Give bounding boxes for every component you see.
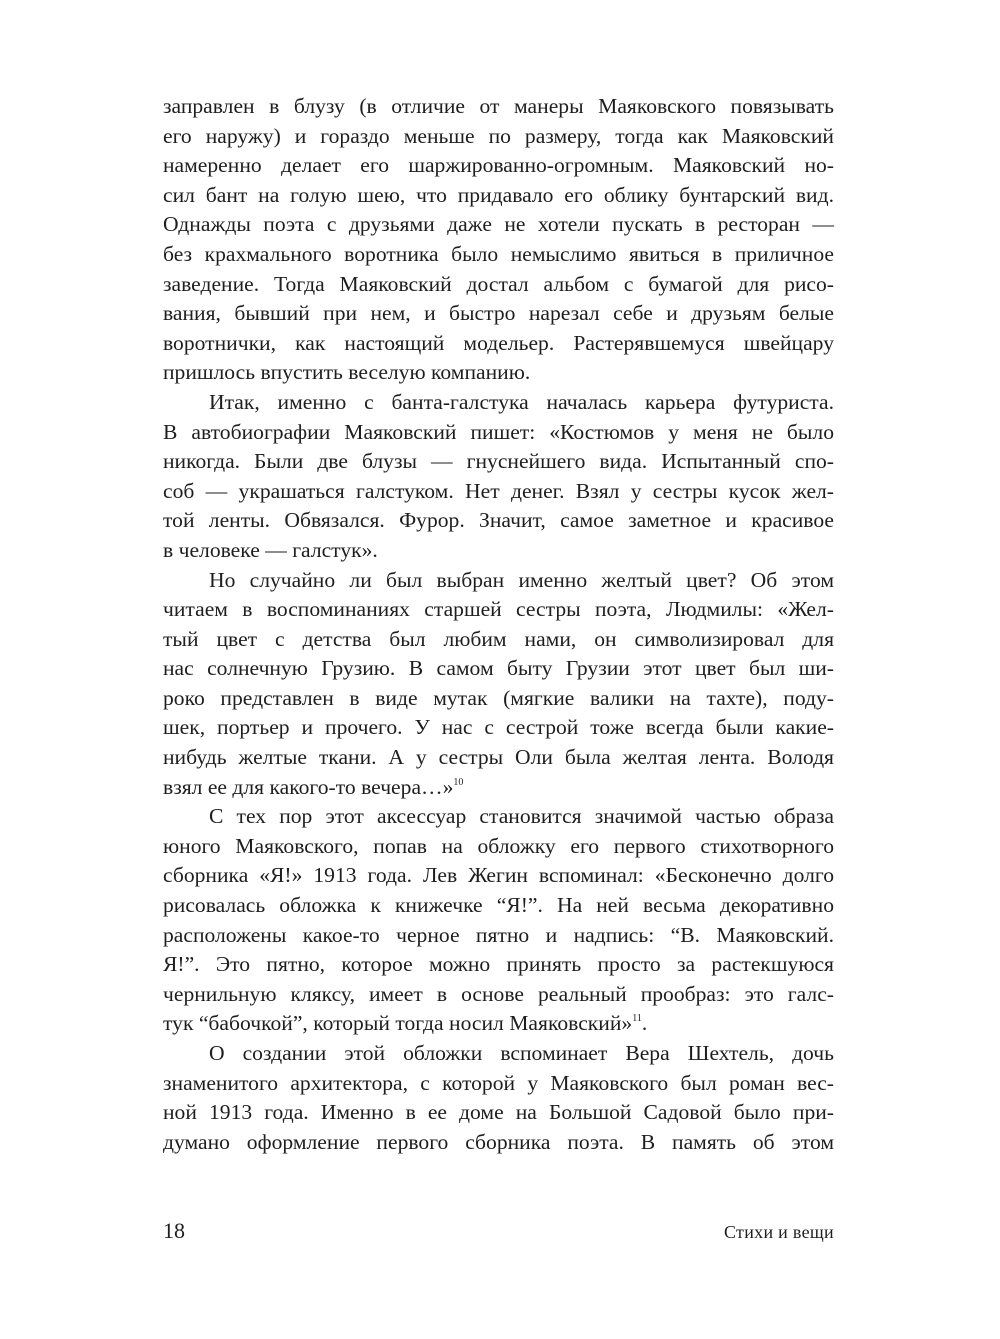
text-line: Но случайно ли был выбран именно желтый … <box>163 566 834 596</box>
text-line: той ленты. Обвязался. Фурор. Значит, сам… <box>163 506 834 536</box>
text-line: без крахмального воротника было немыслим… <box>163 240 834 270</box>
text-line: Однажды поэта с друзьями даже не хотели … <box>163 210 834 240</box>
paragraph-1: заправлен в блузу (в отличие от манеры М… <box>163 92 834 388</box>
text-line: заведение. Тогда Маяковский достал альбо… <box>163 270 834 300</box>
text-line: его наружу) и гораздо меньше по размеру,… <box>163 122 834 152</box>
text-line: нибудь желтые ткани. А у сестры Оли была… <box>163 743 834 773</box>
text-line: тук “бабочкой”, который тогда носил Маяк… <box>163 1009 834 1039</box>
trailing-punctuation: . <box>642 1011 647 1035</box>
paragraph-5: О создании этой обложки вспоминает Вера … <box>163 1039 834 1157</box>
paragraph-2: Итак, именно с банта-галстука началась к… <box>163 388 834 566</box>
text-line: в человеке — галстук». <box>163 536 834 566</box>
paragraph-3: Но случайно ли был выбран именно желтый … <box>163 566 834 803</box>
text-line: вания, бывший при нем, и быстро нарезал … <box>163 299 834 329</box>
text-line: Итак, именно с банта-галстука началась к… <box>163 388 834 418</box>
text-line: роко представлен в виде мутак (мягкие ва… <box>163 684 834 714</box>
text-line: пришлось впустить веселую компанию. <box>163 358 834 388</box>
text-line: взял ее для какого-то вечера…»10 <box>163 773 834 803</box>
page-number: 18 <box>163 1218 185 1244</box>
text-line: тый цвет с детства был любим нами, он си… <box>163 625 834 655</box>
footnote-ref-10[interactable]: 10 <box>453 777 463 788</box>
text-line: соб — украшаться галстуком. Нет денег. В… <box>163 477 834 507</box>
text-line-content: тук “бабочкой”, который тогда носил Маяк… <box>163 1011 632 1035</box>
text-line: юного Маяковского, попав на обложку его … <box>163 832 834 862</box>
text-line-content: взял ее для какого-то вечера…» <box>163 775 453 799</box>
text-line: чернильную кляксу, имеет в основе реальн… <box>163 980 834 1010</box>
text-line: Я!”. Это пятно, которое можно принять пр… <box>163 950 834 980</box>
text-line: нас солнечную Грузию. В самом быту Грузи… <box>163 654 834 684</box>
text-line: В автобиографии Маяковский пишет: «Костю… <box>163 418 834 448</box>
text-line: сил бант на голую шею, что придавало его… <box>163 181 834 211</box>
text-line: заправлен в блузу (в отличие от манеры М… <box>163 92 834 122</box>
text-line: шек, портьер и прочего. У нас с сестрой … <box>163 713 834 743</box>
text-line: ной 1913 года. Именно в ее доме на Больш… <box>163 1098 834 1128</box>
text-line: О создании этой обложки вспоминает Вера … <box>163 1039 834 1069</box>
text-line: С тех пор этот аксессуар становится знач… <box>163 802 834 832</box>
text-line: расположены какое-то черное пятно и надп… <box>163 921 834 951</box>
footnote-ref-11[interactable]: 11 <box>632 1013 642 1024</box>
text-line: думано оформление первого сборника поэта… <box>163 1128 834 1158</box>
text-line: рисовалась обложка к книжечке “Я!”. На н… <box>163 891 834 921</box>
running-title: Стихи и вещи <box>724 1222 834 1243</box>
book-page-body: заправлен в блузу (в отличие от манеры М… <box>163 92 834 1157</box>
paragraph-4: С тех пор этот аксессуар становится знач… <box>163 802 834 1039</box>
text-line: намеренно делает его шаржированно-огромн… <box>163 151 834 181</box>
text-line: читаем в воспоминаниях старшей сестры по… <box>163 595 834 625</box>
text-line: знаменитого архитектора, с которой у Мая… <box>163 1069 834 1099</box>
text-line: никогда. Были две блузы — гнуснейшего ви… <box>163 447 834 477</box>
text-line: сборника «Я!» 1913 года. Лев Жегин вспом… <box>163 861 834 891</box>
text-line: воротнички, как настоящий модельер. Раст… <box>163 329 834 359</box>
